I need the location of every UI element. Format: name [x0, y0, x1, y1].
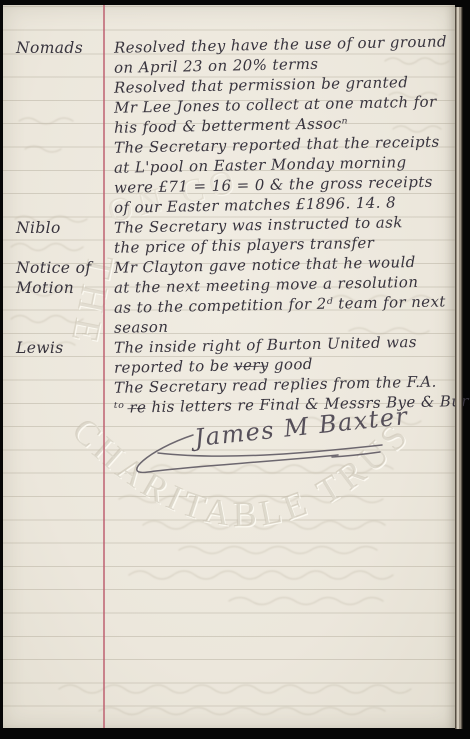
margin-heading [3, 198, 103, 218]
margin-heading [3, 158, 103, 178]
scanned-page-canvas: CHARITABLE TRUST CHARITABLE TRUST THE TH… [0, 0, 470, 739]
margin-heading [3, 118, 103, 138]
margin-heading [3, 298, 103, 318]
margin-heading [3, 178, 103, 198]
margin-heading: Notice of [3, 258, 103, 278]
signature-name: James M Baxter [193, 402, 410, 452]
margin-heading: Niblo [3, 218, 103, 238]
margin-heading [3, 358, 103, 378]
margin-heading [3, 238, 103, 258]
margin-heading [3, 398, 103, 418]
margin-heading: Nomads [3, 38, 103, 58]
margin-heading: Lewis [3, 338, 103, 358]
margin-heading [3, 138, 103, 158]
margin-heading [3, 318, 103, 338]
margin-heading [3, 98, 103, 118]
minute-line: as to the competition for 2ᵈ team for ne… [3, 298, 453, 318]
margin-heading [3, 78, 103, 98]
minute-entries: NomadsResolved they have the use of our … [3, 38, 453, 418]
margin-heading: Motion [3, 278, 103, 298]
minute-text: season [103, 317, 169, 338]
minute-book-page: CHARITABLE TRUST CHARITABLE TRUST THE TH… [3, 5, 455, 728]
secretary-signature: James M Baxter [118, 400, 438, 490]
page-edge-strip [455, 7, 463, 729]
margin-heading [3, 378, 103, 398]
margin-heading [3, 58, 103, 78]
